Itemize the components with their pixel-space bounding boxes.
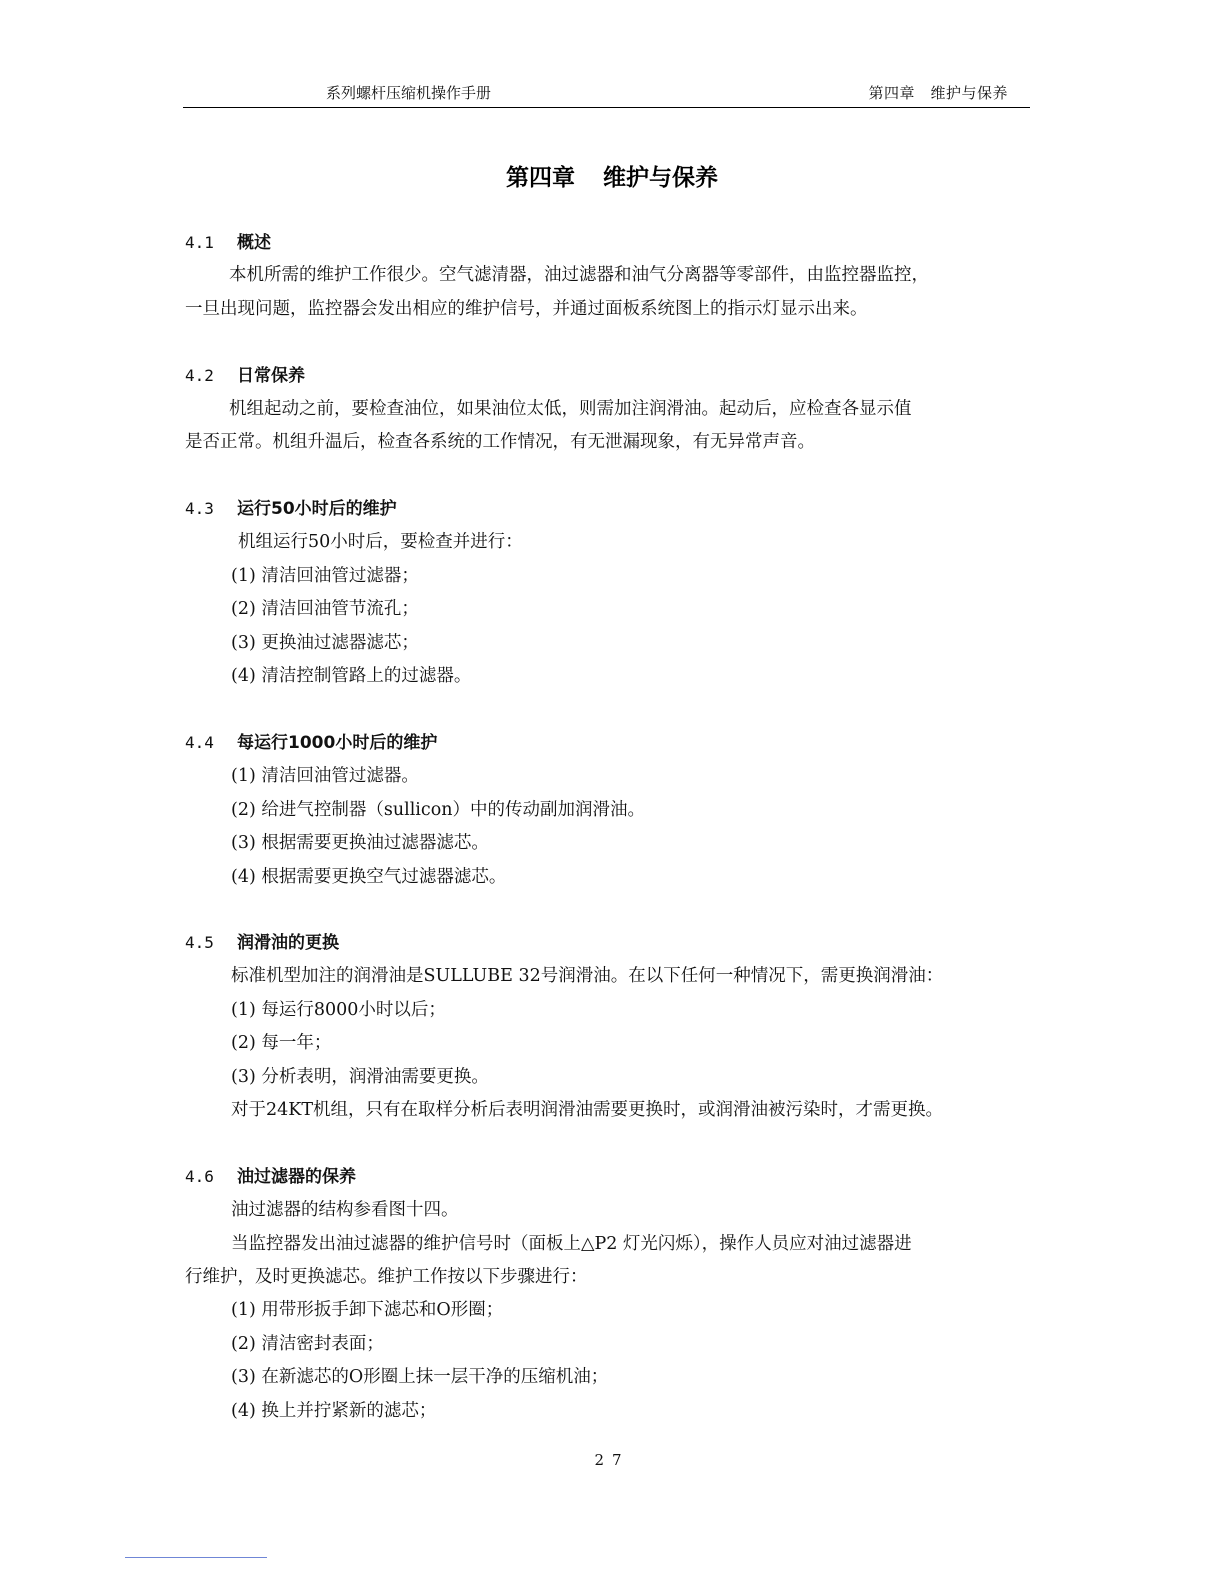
- section-title: 每运行1000小时后的维护: [237, 733, 437, 753]
- section-heading-4-4: 4.4每运行1000小时后的维护: [185, 731, 437, 755]
- chapter-number: 第四章: [506, 165, 575, 191]
- section-heading-4-1: 4.1概述: [185, 231, 271, 255]
- paragraph-line: 油过滤器的结构参看图十四。: [231, 1198, 459, 1222]
- page-number: 27: [0, 1451, 1224, 1469]
- list-item: (1) 清洁回油管过滤器。: [231, 764, 419, 788]
- paragraph-line: 标准机型加注的润滑油是SULLUBE 32号润滑油。在以下任何一种情况下，需更换…: [231, 964, 943, 988]
- chapter-title: 第四章维护与保养: [0, 160, 1224, 196]
- paragraph-line: 行维护，及时更换滤芯。维护工作按以下步骤进行：: [185, 1265, 588, 1289]
- section-title: 日常保养: [237, 366, 305, 386]
- list-item: (3) 分析表明，润滑油需要更换。: [231, 1065, 489, 1089]
- list-item: (1) 每运行8000小时以后；: [231, 998, 446, 1022]
- list-item: (2) 清洁回油管节流孔；: [231, 597, 419, 621]
- section-number: 4.3: [185, 497, 237, 521]
- chapter-name: 维护与保养: [603, 165, 718, 191]
- section-heading-4-6: 4.6油过滤器的保养: [185, 1165, 356, 1189]
- list-item: (1) 清洁回油管过滤器；: [231, 564, 419, 588]
- list-item: (4) 根据需要更换空气过滤器滤芯。: [231, 865, 506, 889]
- section-heading-4-5: 4.5润滑油的更换: [185, 931, 339, 955]
- list-item: (3) 根据需要更换油过滤器滤芯。: [231, 831, 489, 855]
- paragraph-line: 一旦出现问题，监控器会发出相应的维护信号，并通过面板系统图上的指示灯显示出来。: [185, 297, 868, 321]
- list-item: (4) 换上并拧紧新的滤芯；: [231, 1399, 436, 1423]
- manual-title: 系列螺杆压缩机操作手册: [326, 80, 491, 106]
- paragraph-line: 对于24KT机组，只有在取样分析后表明润滑油需要更换时，或润滑油被污染时，才需更…: [231, 1098, 943, 1122]
- paragraph-line: 机组起动之前，要检查油位，如果油位太低，则需加注润滑油。起动后，应检查各显示值: [229, 397, 912, 421]
- section-number: 4.1: [185, 231, 237, 255]
- list-item: (4) 清洁控制管路上的过滤器。: [231, 664, 471, 688]
- section-heading-4-2: 4.2日常保养: [185, 364, 305, 388]
- list-item: (2) 给进气控制器（sullicon）中的传动副加润滑油。: [231, 798, 645, 822]
- section-number: 4.6: [185, 1165, 237, 1189]
- section-title: 概述: [237, 233, 271, 253]
- chapter-running-title: 第四章 维护与保养: [868, 80, 1008, 106]
- section-number: 4.4: [185, 731, 237, 755]
- running-header: 系列螺杆压缩机操作手册 第四章 维护与保养: [183, 80, 1030, 108]
- list-item: (3) 更换油过滤器滤芯；: [231, 631, 419, 655]
- section-title: 油过滤器的保养: [237, 1167, 356, 1187]
- list-item: (1) 用带形扳手卸下滤芯和O形圈；: [231, 1298, 503, 1322]
- section-number: 4.2: [185, 364, 237, 388]
- footnote-divider: [125, 1557, 267, 1558]
- list-item: (3) 在新滤芯的O形圈上抹一层干净的压缩机油；: [231, 1365, 608, 1389]
- paragraph-line: 是否正常。机组升温后，检查各系统的工作情况，有无泄漏现象，有无异常声音。: [185, 430, 815, 454]
- section-heading-4-3: 4.3运行50小时后的维护: [185, 497, 397, 521]
- section-title: 润滑油的更换: [237, 933, 339, 953]
- section-number: 4.5: [185, 931, 237, 955]
- list-item: (2) 每一年；: [231, 1031, 331, 1055]
- list-item: (2) 清洁密封表面；: [231, 1332, 384, 1356]
- paragraph-line: 本机所需的维护工作很少。空气滤清器，油过滤器和油气分离器等零部件，由监控器监控，: [229, 263, 929, 287]
- section-title: 运行50小时后的维护: [237, 499, 397, 519]
- paragraph-line: 机组运行50小时后，要检查并进行：: [238, 530, 523, 554]
- paragraph-line: 当监控器发出油过滤器的维护信号时（面板上△P2 灯光闪烁），操作人员应对油过滤器…: [231, 1232, 912, 1256]
